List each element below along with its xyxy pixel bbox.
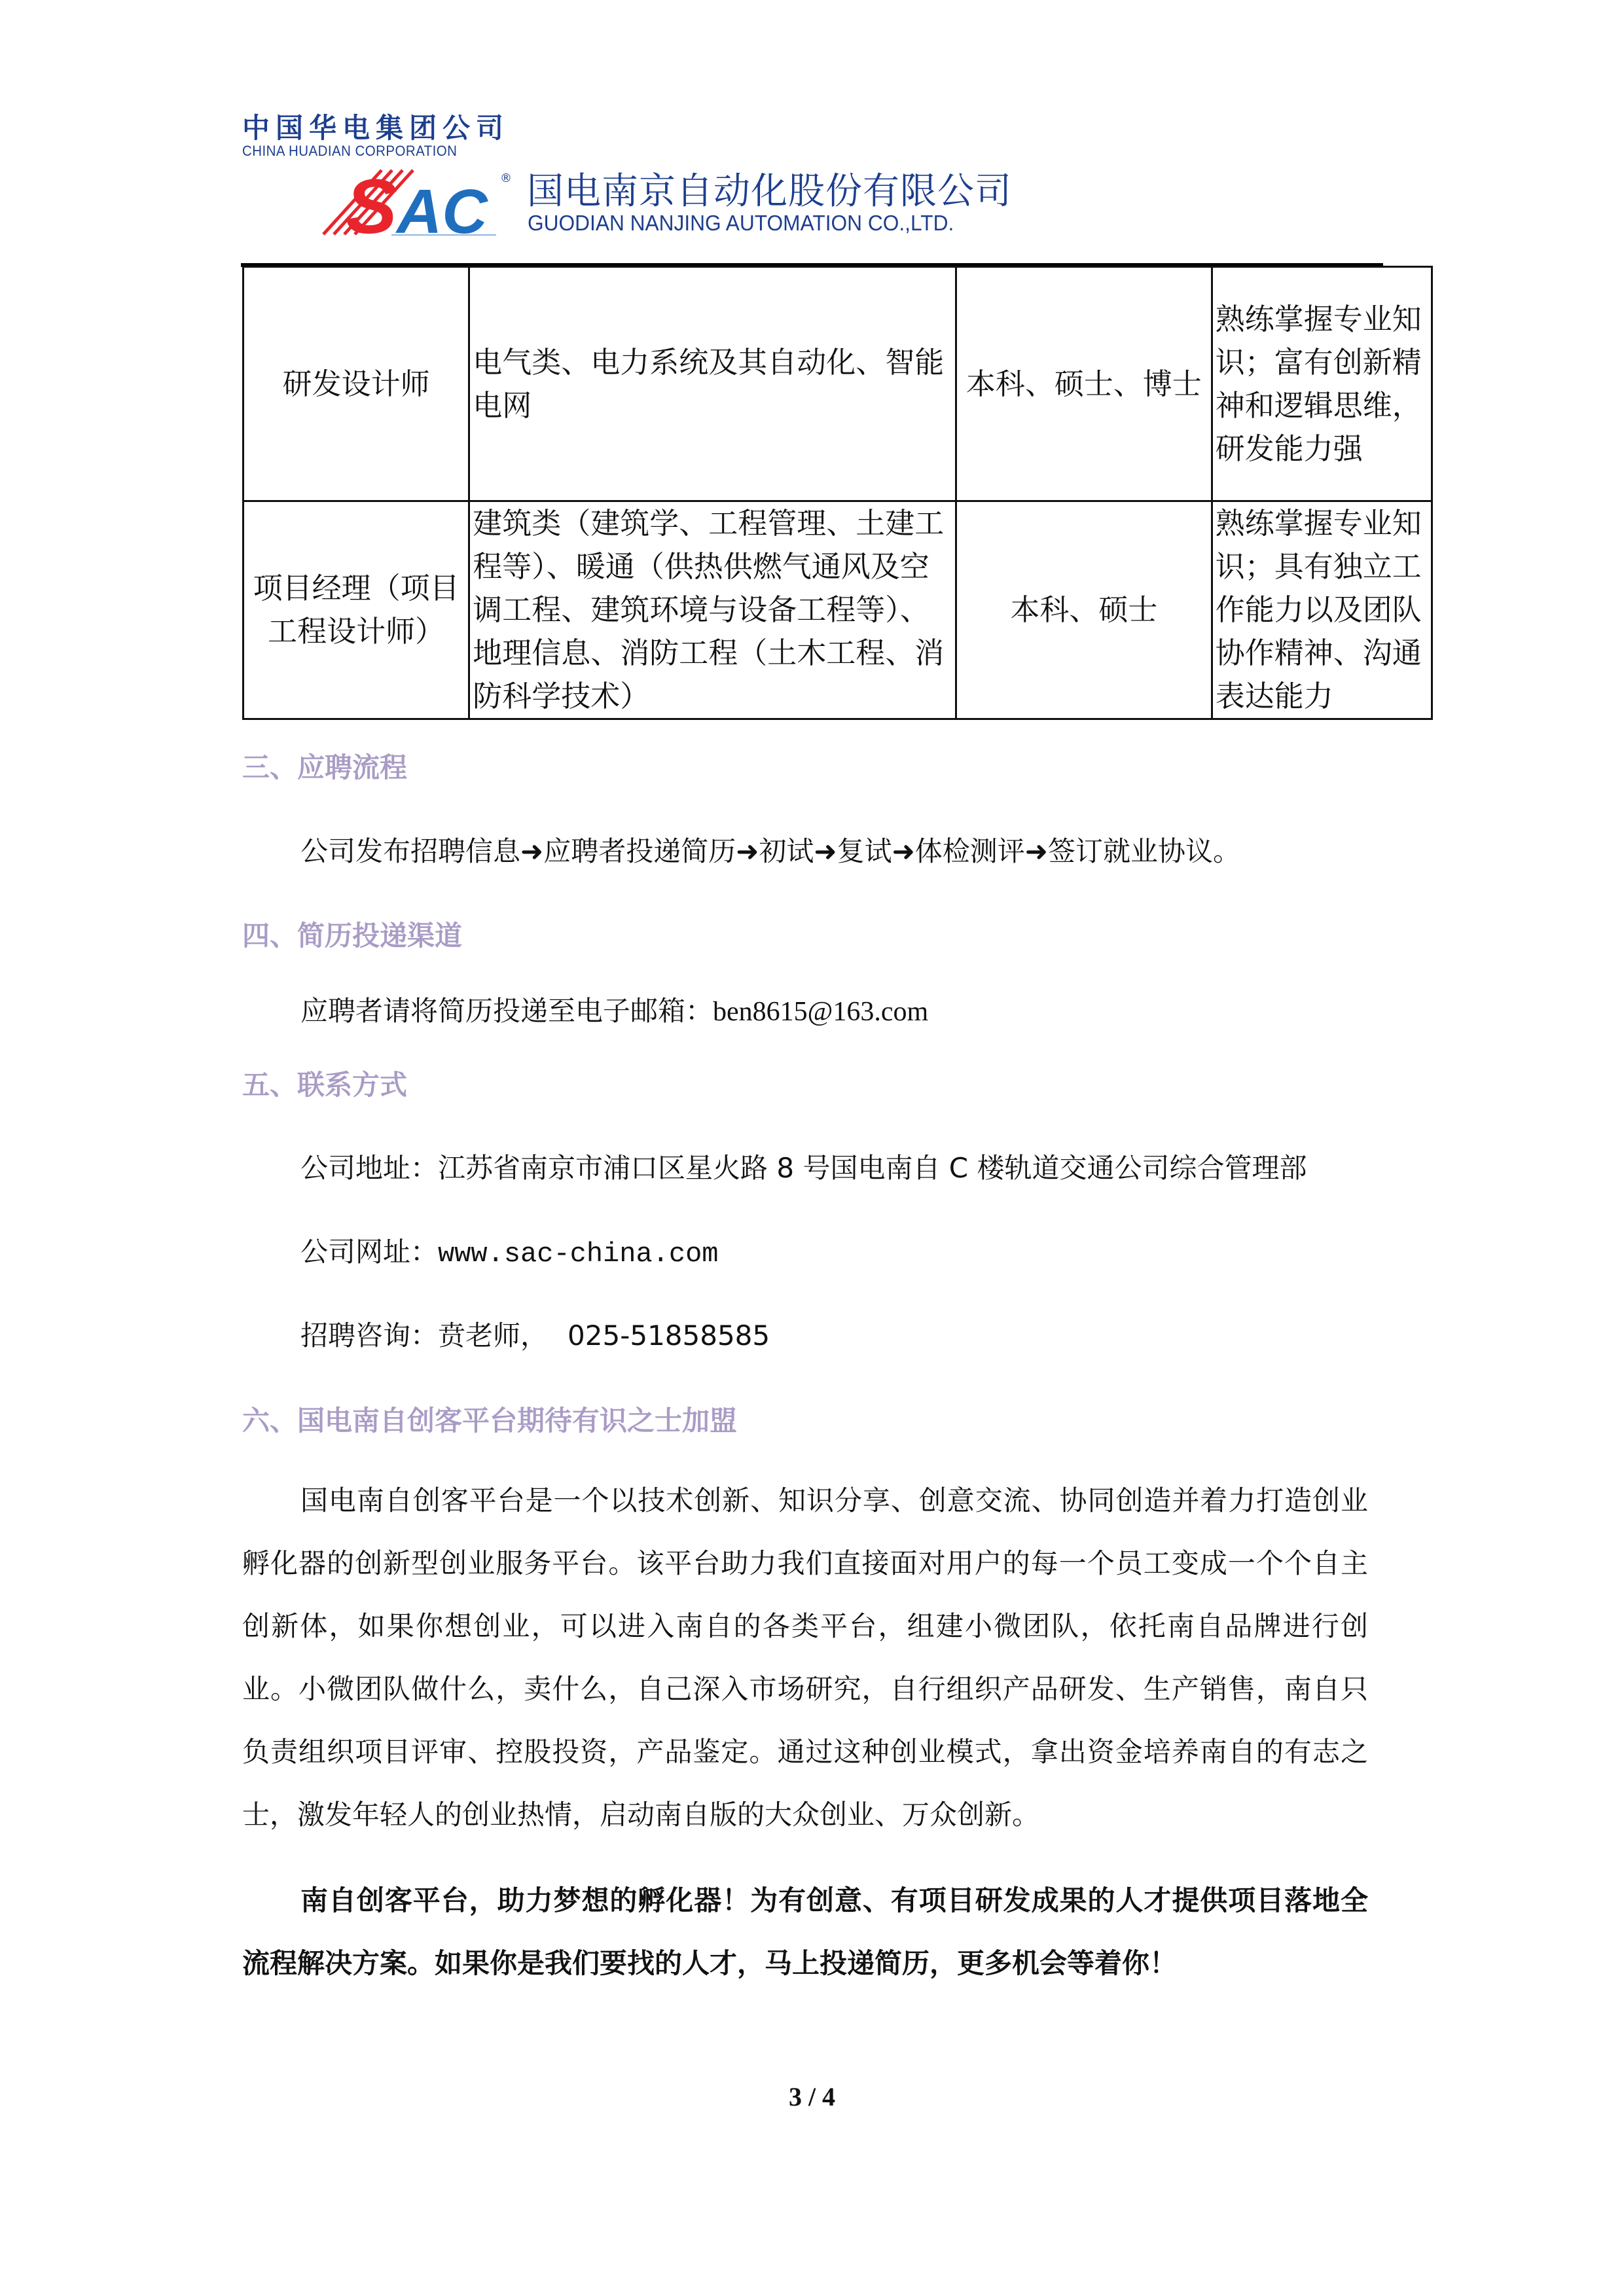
degree-cell: 本科、硕士 xyxy=(956,501,1212,719)
page-number: 3 / 4 xyxy=(0,2081,1624,2112)
email-line: 应聘者请将简历投递至电子邮箱：ben8615@163.com xyxy=(300,990,928,1029)
requirements-cell: 熟练掌握专业知识；具有独立工作能力以及团队协作精神、沟通表达能力 xyxy=(1212,501,1432,719)
parent-company-name-cn: 中国华电集团公司 xyxy=(242,113,509,144)
majors-cell: 建筑类（建筑学、工程管理、土建工程等）、暖通（供热供燃气通风及空调工程、建筑环境… xyxy=(469,501,956,719)
consult-line: 招聘咨询：贲老师，025-51858585 xyxy=(300,1314,770,1354)
position-cell: 研发设计师 xyxy=(244,267,469,501)
platform-paragraph: 国电南自创客平台是一个以技术创新、知识分享、创意交流、协同创造并着力打造创业孵化… xyxy=(242,1469,1368,1846)
table-row: 研发设计师 电气类、电力系统及其自动化、智能电网 本科、硕士、博士 熟练掌握专业… xyxy=(244,267,1432,501)
address-label: 公司地址： xyxy=(300,1152,438,1184)
sac-logo-icon: S AC ® xyxy=(319,169,516,237)
email-link[interactable]: ben8615@163.com xyxy=(713,997,928,1027)
company-name-cn: 国电南京自动化股份有限公司 xyxy=(527,171,1012,212)
consult-label: 招聘咨询： xyxy=(300,1319,438,1352)
degree-cell: 本科、硕士、博士 xyxy=(956,267,1212,501)
svg-text:AC: AC xyxy=(395,177,488,237)
svg-text:®: ® xyxy=(500,171,512,185)
job-requirements-table: 研发设计师 电气类、电力系统及其自动化、智能电网 本科、硕士、博士 熟练掌握专业… xyxy=(242,266,1433,720)
section-title-contact: 五、联系方式 xyxy=(242,1064,407,1103)
closing-paragraph: 南自创客平台，助力梦想的孵化器！为有创意、有项目研发成果的人才提供项目落地全流程… xyxy=(242,1869,1368,1995)
address-value: 江苏省南京市浦口区星火路 8 号国电南自 C 楼轨道交通公司综合管理部 xyxy=(438,1152,1307,1184)
website-link[interactable]: www.sac-china.com xyxy=(438,1238,718,1270)
requirements-cell: 熟练掌握专业知识；富有创新精神和逻辑思维，研发能力强 xyxy=(1212,267,1432,501)
company-name-en: GUODIAN NANJING AUTOMATION CO.,LTD. xyxy=(528,211,954,236)
website-label: 公司网址： xyxy=(300,1236,438,1268)
table-row: 项目经理（项目工程设计师） 建筑类（建筑学、工程管理、土建工程等）、暖通（供热供… xyxy=(244,501,1432,719)
parent-company-name-en: CHINA HUADIAN CORPORATION xyxy=(242,143,457,160)
platform-paragraph-text: 国电南自创客平台是一个以技术创新、知识分享、创意交流、协同创造并着力打造创业孵化… xyxy=(242,1469,1368,1846)
process-flow-text: 公司发布招聘信息➜应聘者投递简历➜初试➜复试➜体检测评➜签订就业协议。 xyxy=(300,830,1240,869)
section-title-process: 三、应聘流程 xyxy=(242,746,407,785)
consult-person: 贲老师， xyxy=(438,1319,548,1352)
svg-text:S: S xyxy=(346,169,397,237)
email-label: 应聘者请将简历投递至电子邮箱： xyxy=(300,995,713,1027)
consult-phone: 025-51858585 xyxy=(568,1319,770,1352)
section-title-channel: 四、简历投递渠道 xyxy=(242,914,462,954)
section-title-platform: 六、国电南自创客平台期待有识之士加盟 xyxy=(242,1399,737,1439)
position-cell: 项目经理（项目工程设计师） xyxy=(244,501,469,719)
address-line: 公司地址：江苏省南京市浦口区星火路 8 号国电南自 C 楼轨道交通公司综合管理部 xyxy=(300,1147,1307,1186)
closing-paragraph-text: 南自创客平台，助力梦想的孵化器！为有创意、有项目研发成果的人才提供项目落地全流程… xyxy=(242,1869,1368,1995)
majors-cell: 电气类、电力系统及其自动化、智能电网 xyxy=(469,267,956,501)
website-line: 公司网址：www.sac-china.com xyxy=(300,1230,719,1270)
